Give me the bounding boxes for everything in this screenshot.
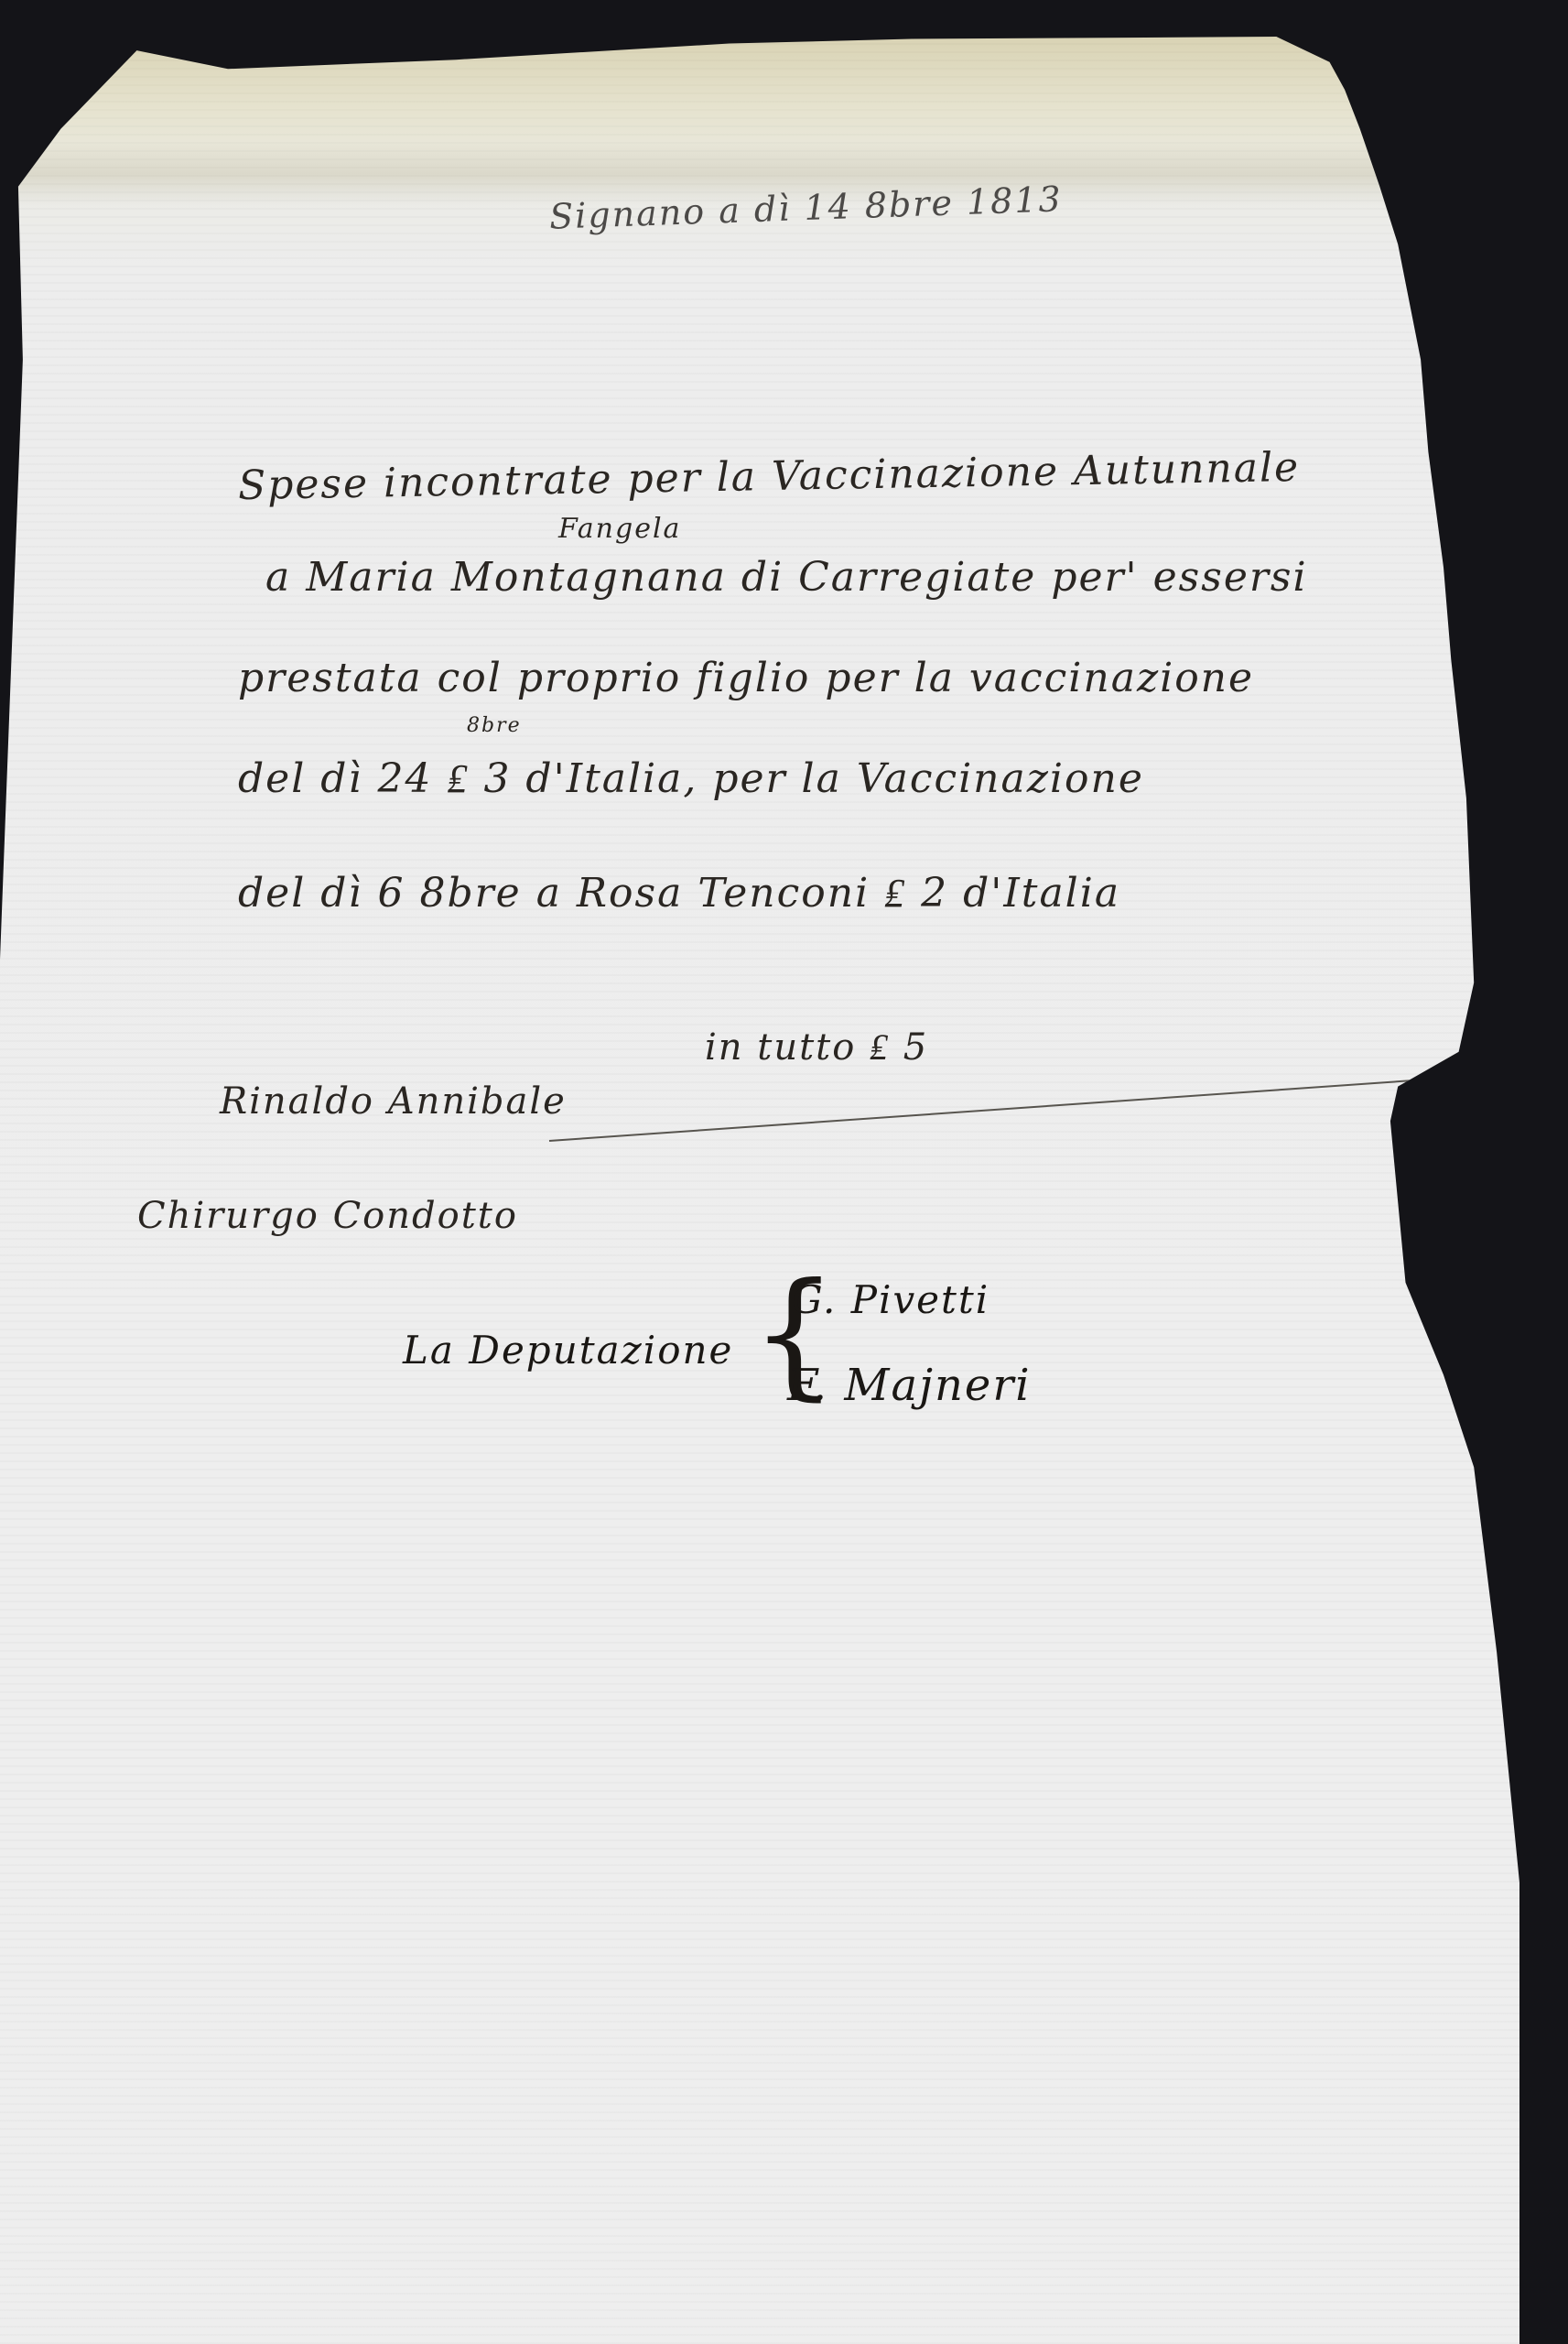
body-line-1: Spese incontrate per la Vaccinazione Aut… xyxy=(238,444,1301,509)
signature-1: G. Pivetti xyxy=(792,1277,989,1322)
total-amount: in tutto ₤ 5 xyxy=(705,1025,928,1069)
surgeon-title: Chirurgo Condotto xyxy=(137,1195,518,1237)
pen-stroke-line xyxy=(549,1073,1509,1142)
signature-2: F. Majneri xyxy=(787,1360,1032,1411)
body-line-3: prestata col proprio figlio per la vacci… xyxy=(238,655,1254,701)
interlinear-insertion: Fangela xyxy=(558,513,681,545)
surgeon-name: Rinaldo Annibale xyxy=(220,1080,567,1123)
manuscript-page: Signano a dì 14 8bre 1813 Spese incontra… xyxy=(0,37,1519,2344)
body-line-5: del dì 6 8bre a Rosa Tenconi ₤ 2 d'Itali… xyxy=(238,870,1120,917)
deputation-label: La Deputazione xyxy=(403,1328,733,1373)
month-superscript: 8bre xyxy=(467,714,522,737)
body-line-2: a Maria Montagnana di Carregiate per' es… xyxy=(265,554,1308,601)
body-line-4: del dì 24 ₤ 3 d'Italia, per la Vaccinazi… xyxy=(238,755,1144,802)
